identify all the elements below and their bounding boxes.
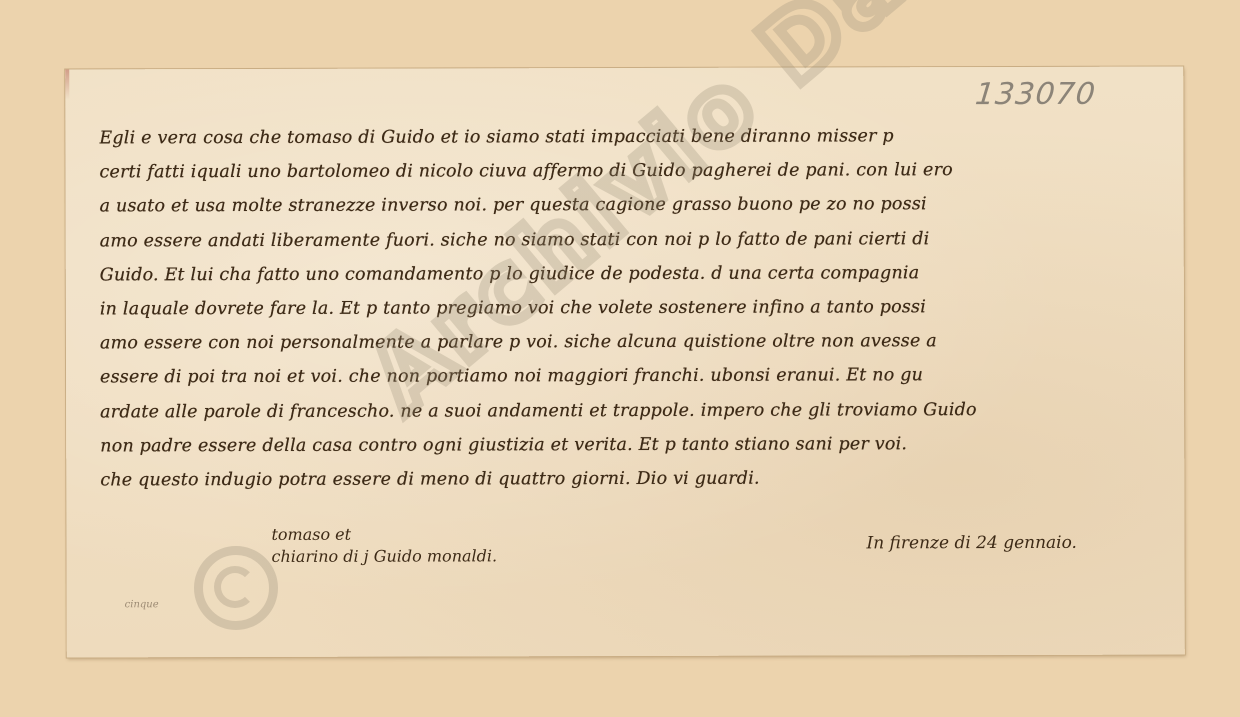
dateline: In firenze di 24 gennaio. <box>866 533 1077 554</box>
archive-number: 133070 <box>974 77 1098 112</box>
signature-block: tomaso et chiarino di j Guido monaldi. <box>271 523 497 568</box>
signature-line-2: chiarino di j Guido monaldi. <box>271 545 497 568</box>
letter-line: in laquale dovrete fare la. Et p tanto p… <box>100 290 1170 327</box>
letter-line: ardate alle parole di francescho. ne a s… <box>100 392 1170 429</box>
letter-line: essere di poi tra noi et voi. che non po… <box>100 358 1170 395</box>
signature-line-1: tomaso et <box>271 523 497 546</box>
letter-line: che questo indugio potra essere di meno … <box>100 460 1170 497</box>
letter-line: a usato et usa molte stranezze inverso n… <box>100 187 1170 224</box>
letter-line: certi fatti iquali uno bartolomeo di nic… <box>99 153 1169 190</box>
letter-line: amo essere con noi personalmente a parla… <box>100 324 1170 361</box>
letter-line: Guido. Et lui cha fatto uno comandamento… <box>100 255 1170 292</box>
letter-line: non padre essere della casa contro ogni … <box>100 426 1170 463</box>
letter-sheet: 133070 Egli e vera cosa che tomaso di Gu… <box>65 67 1185 658</box>
letter-line: Egli e vera cosa che tomaso di Guido et … <box>99 119 1169 156</box>
letter-body: Egli e vera cosa che tomaso di Guido et … <box>99 119 1170 498</box>
marginal-note: cinque <box>125 599 159 610</box>
letter-line: amo essere andati liberamente fuori. sic… <box>100 221 1170 258</box>
